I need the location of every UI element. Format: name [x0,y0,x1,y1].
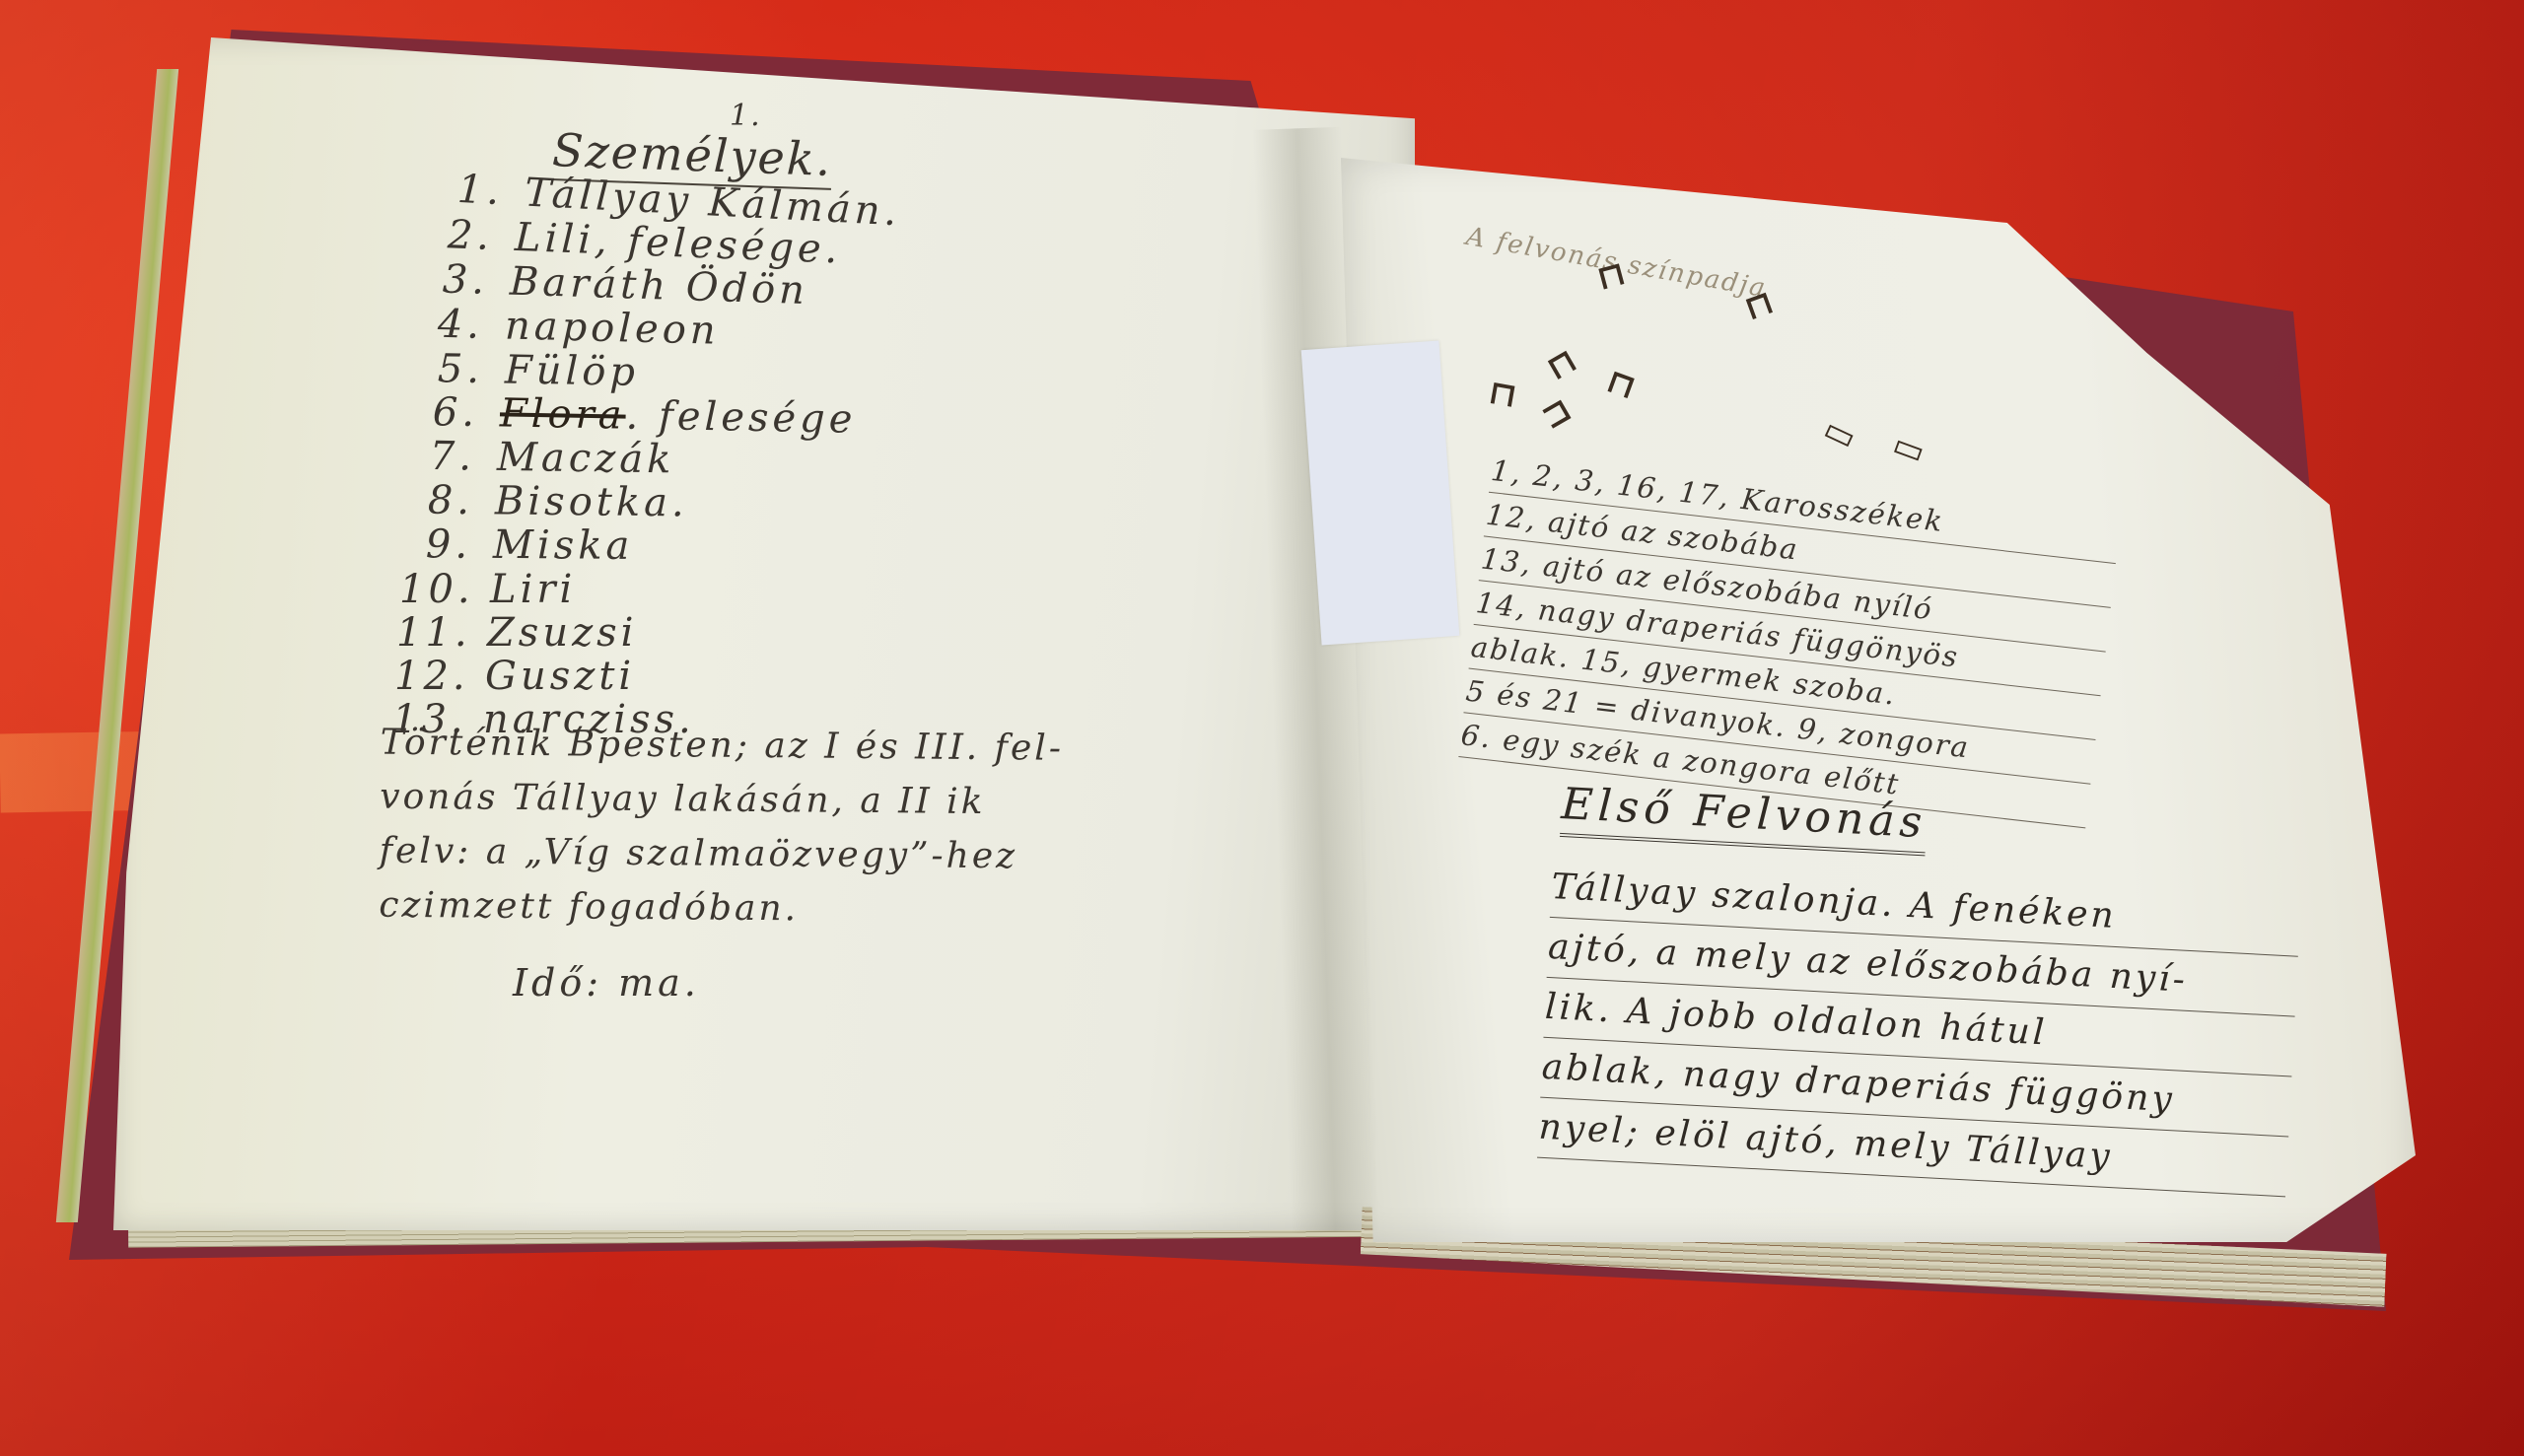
cast-name: Bisotka. [495,478,688,525]
cast-name: Miska [493,522,634,569]
cast-number: 6. [409,390,479,435]
chair-icon: ⊓ [1533,392,1581,437]
cast-number: 8. [404,478,473,522]
cast-item: 12.Guszti [394,655,862,698]
cast-name: napoleon [504,303,720,353]
chair-icon: ⊓ [1592,253,1630,299]
setting-line: felv: a „Víg szalmaözvegy”-hez [380,824,1356,887]
cast-name: Maczák [497,435,675,483]
cast-item: 7.Maczák [406,435,874,485]
cast-number: 1. [433,167,504,214]
chair-icon: ⊓ [1486,373,1520,416]
paper-bookmark-tab [1301,340,1460,645]
cast-number: 11. [396,611,465,655]
time-note: Idő: ma. [513,961,700,1005]
cast-number: 3. [418,257,488,303]
cast-number: 9. [402,522,471,566]
cast-number: 7. [406,435,476,479]
cast-item: 10.Liri [399,568,867,611]
table-icon: ⊓ [1601,361,1641,407]
cast-number: 12. [394,655,463,698]
cast-item: 6.Flora. felesége [409,390,876,442]
cast-name: . felesége [625,393,857,443]
cast-name-struck: Flora [500,390,626,438]
cast-list: 1.Tállyay Kálmán. 2.Lili, felesége. 3.Ba… [414,177,881,741]
setting-line: vonás Tállyay lakásán, a II ik [380,770,1356,833]
setting-line: Történik Bpesten; az I és III. fel- [380,716,1356,779]
cast-item: 9.Miska [402,522,870,569]
cast-name: Zsuzsi [487,610,637,656]
setting-paragraph: Történik Bpesten; az I és III. fel- voná… [379,716,1357,941]
cast-number: 10. [399,568,468,611]
cast-name: Liri [490,567,576,612]
cast-item: 8.Bisotka. [404,478,872,526]
cast-item: 11.Zsuzsi [396,611,864,655]
cast-number: 2. [423,212,494,258]
piano-icon: ▭ [1887,425,1930,473]
page-number: 1. [730,99,762,133]
chair-icon: ⊓ [1540,341,1584,389]
act-stage-directions: Tállyay szalonja. A fenéken ajtó, a mely… [1537,858,2301,1197]
cast-name: Fülöp [505,347,640,394]
sofa-icon: ▭ [1817,409,1862,458]
cast-name: Guszti [485,654,635,699]
cast-number: 4. [414,302,484,347]
cast-number: 5. [414,347,484,391]
chair-icon: ⊓ [1739,282,1779,328]
setting-line: czimzett fogadóban. [379,878,1355,941]
